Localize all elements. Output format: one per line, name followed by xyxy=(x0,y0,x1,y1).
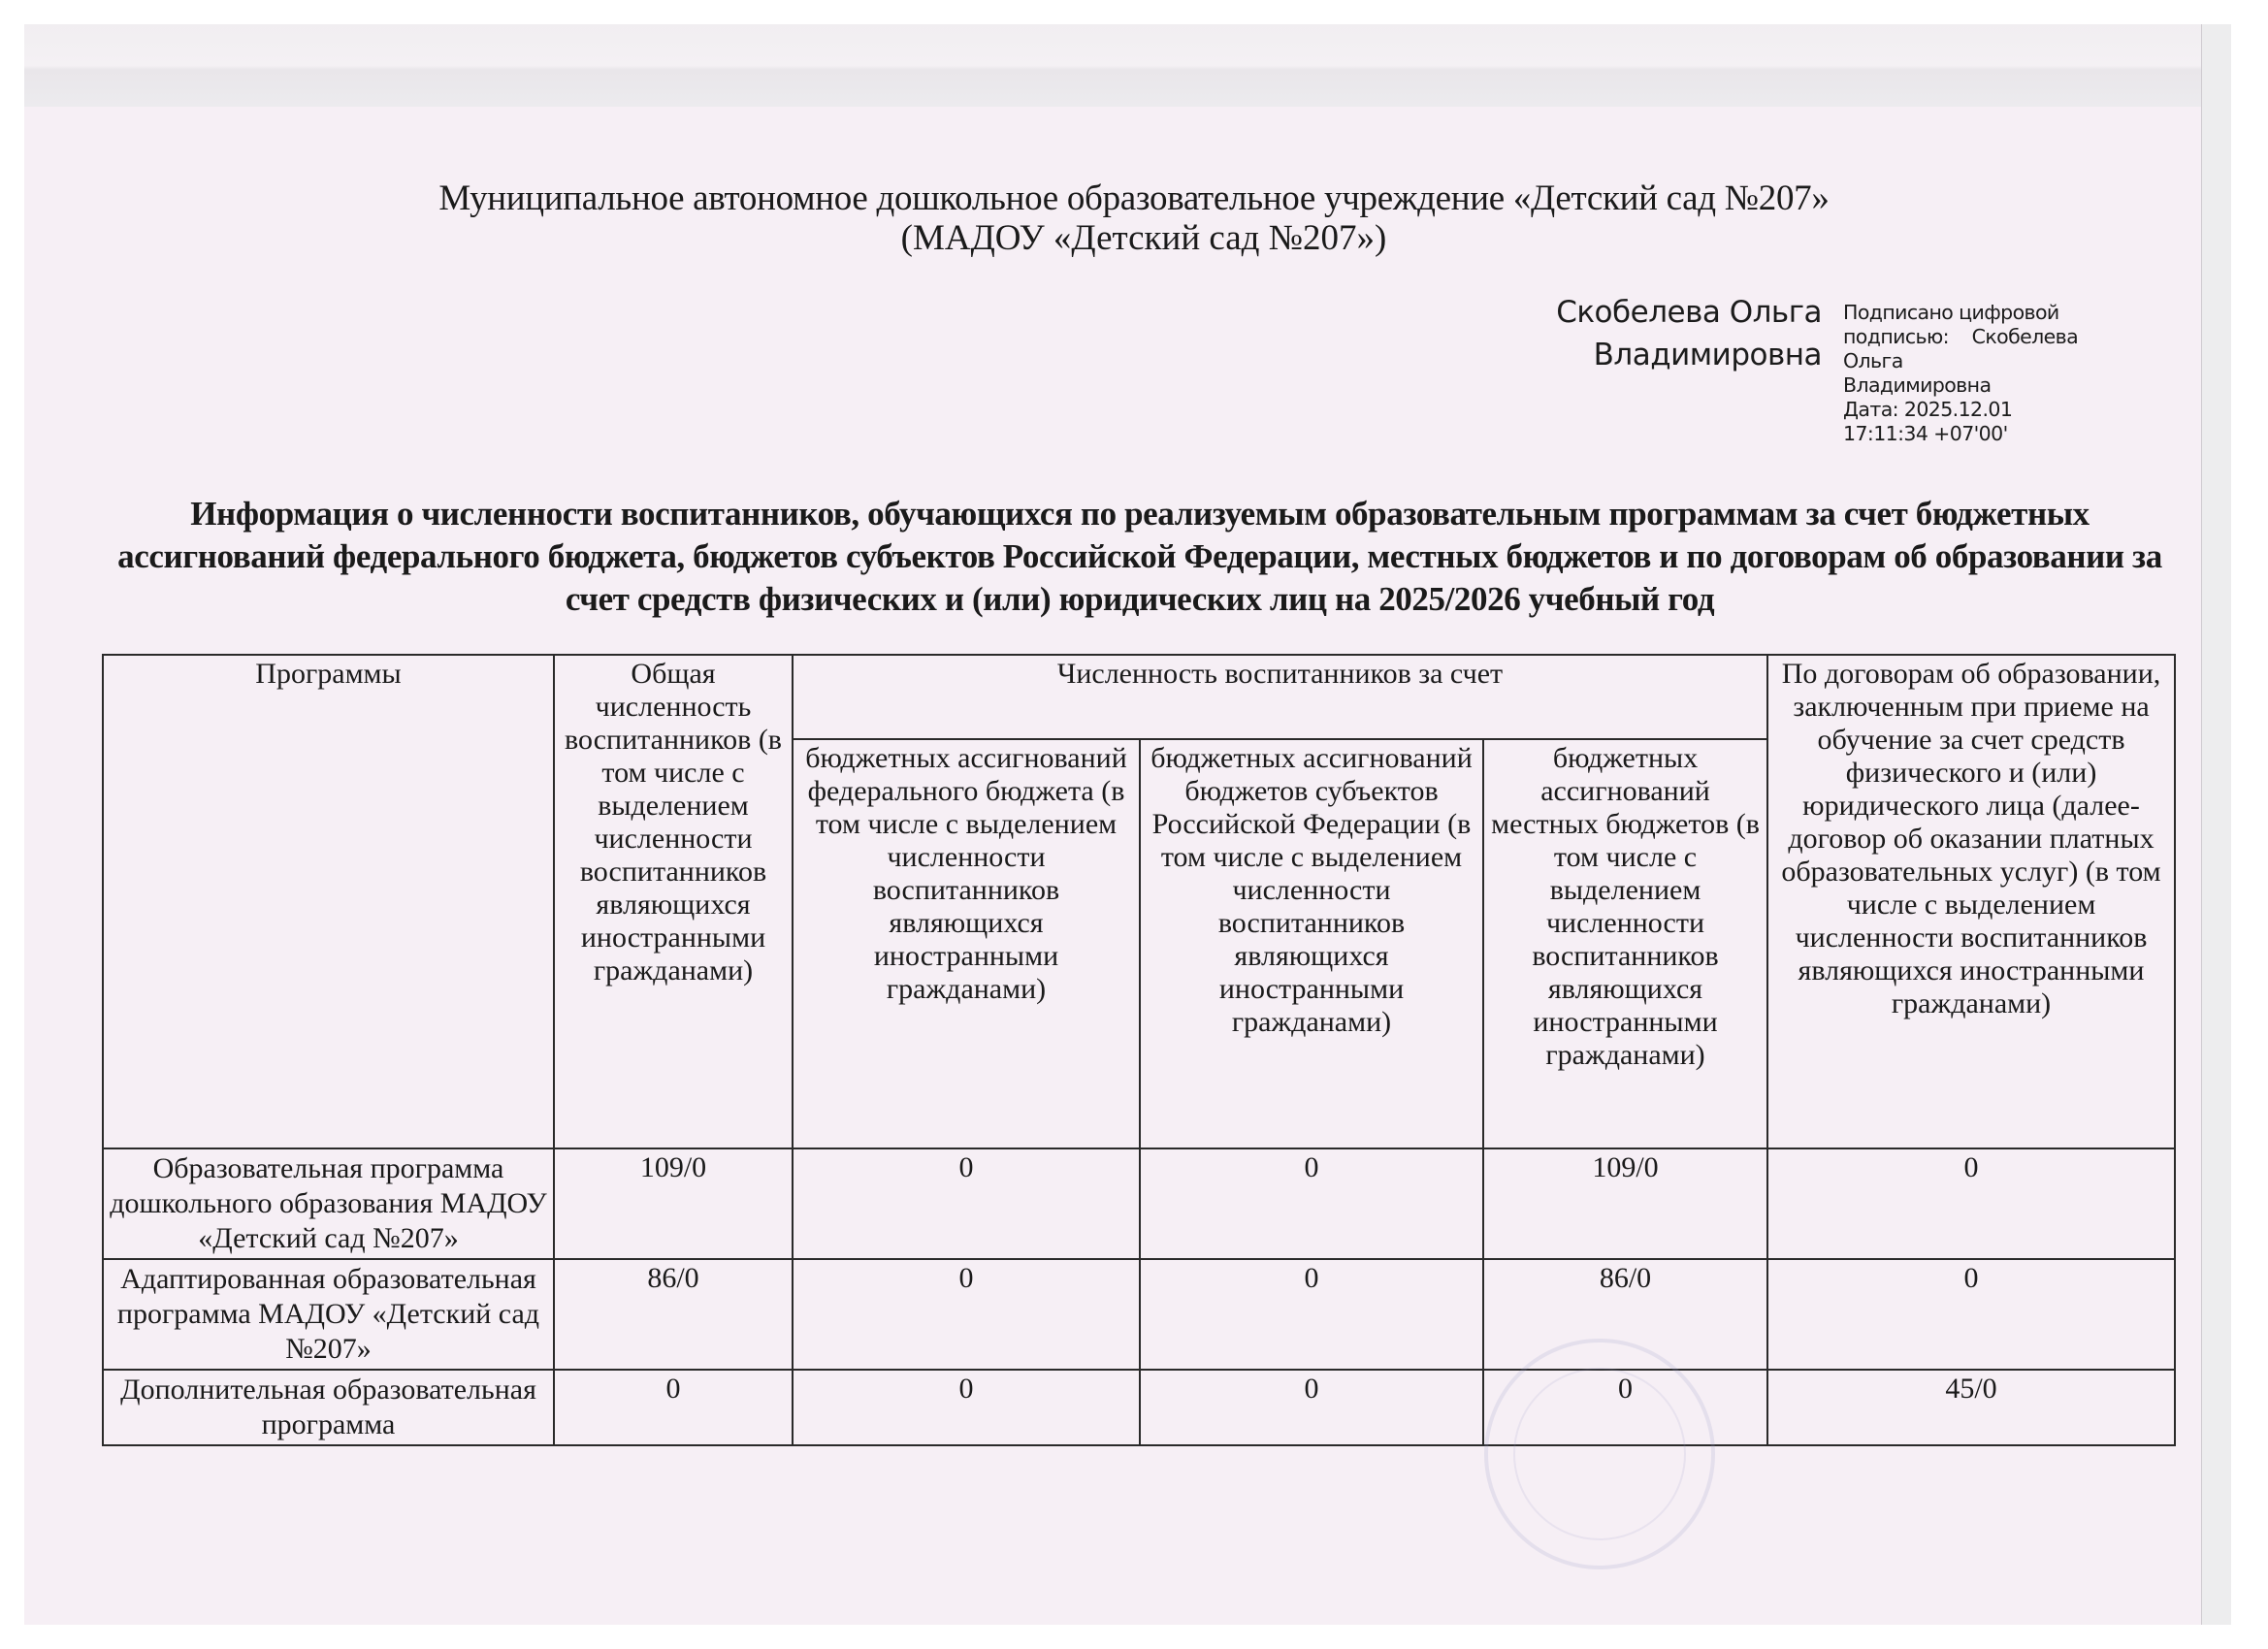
table-header-row: Программы Общая численность воспитаннико… xyxy=(103,655,2175,739)
report-title: Информация о численности воспитанников, … xyxy=(112,493,2168,621)
digital-signature-details: Подписано цифровой подписью: Скобелева О… xyxy=(1843,301,2134,446)
cell-program: Образовательная программа дошкольного об… xyxy=(103,1148,554,1259)
cell-total: 86/0 xyxy=(554,1259,793,1370)
organization-name: Муниципальное автономное дошкольное обра… xyxy=(0,179,2268,218)
cell-federal: 0 xyxy=(793,1148,1140,1259)
header-federal: бюджетных ассигнований федерального бюдж… xyxy=(793,739,1140,1148)
table-row: Дополнительная образовательная программа… xyxy=(103,1370,2175,1445)
signature-detail-line: Ольга xyxy=(1843,349,2134,373)
cell-contracts: 0 xyxy=(1767,1148,2175,1259)
cell-contracts: 0 xyxy=(1767,1259,2175,1370)
cell-total: 109/0 xyxy=(554,1148,793,1259)
header-regional: бюджетных ассигнований бюджетов субъекто… xyxy=(1140,739,1483,1148)
table-row: Адаптированная образовательная программа… xyxy=(103,1259,2175,1370)
header-local: бюджетных ассигнований местных бюджетов … xyxy=(1483,739,1767,1148)
header-funded-by: Численность воспитанников за счет xyxy=(793,655,1767,739)
signer-name-line2: Владимировна xyxy=(1556,334,1822,376)
signature-detail-line: Подписано цифровой xyxy=(1843,301,2134,325)
signature-detail-line: Владимировна xyxy=(1843,373,2134,398)
header-programs: Программы xyxy=(103,655,554,1148)
cell-regional: 0 xyxy=(1140,1148,1483,1259)
header-contracts: По договорам об образовании, заключенным… xyxy=(1767,655,2175,1148)
cell-total: 0 xyxy=(554,1370,793,1445)
cell-federal: 0 xyxy=(793,1370,1140,1445)
cell-regional: 0 xyxy=(1140,1370,1483,1445)
signature-detail-line: подписью: Скобелева xyxy=(1843,325,2134,349)
signer-name: Скобелева Ольга Владимировна xyxy=(1556,291,1822,376)
cell-local: 109/0 xyxy=(1483,1148,1767,1259)
cell-program: Дополнительная образовательная программа xyxy=(103,1370,554,1445)
cell-regional: 0 xyxy=(1140,1259,1483,1370)
cell-local: 86/0 xyxy=(1483,1259,1767,1370)
enrollment-table: Программы Общая численность воспитаннико… xyxy=(102,654,2176,1446)
signer-name-line1: Скобелева Ольга xyxy=(1556,291,1822,334)
signature-time: 17:11:34 +07'00' xyxy=(1843,422,2134,446)
cell-program: Адаптированная образовательная программа… xyxy=(103,1259,554,1370)
header-total: Общая численность воспитанников (в том ч… xyxy=(554,655,793,1148)
scan-top-band xyxy=(24,24,2231,107)
cell-local: 0 xyxy=(1483,1370,1767,1445)
scan-right-band xyxy=(2201,24,2231,1625)
cell-contracts: 45/0 xyxy=(1767,1370,2175,1445)
cell-federal: 0 xyxy=(793,1259,1140,1370)
signature-date: Дата: 2025.12.01 xyxy=(1843,398,2134,422)
table-row: Образовательная программа дошкольного об… xyxy=(103,1148,2175,1259)
organization-short-name: (МАДОУ «Детский сад №207») xyxy=(0,219,2268,258)
